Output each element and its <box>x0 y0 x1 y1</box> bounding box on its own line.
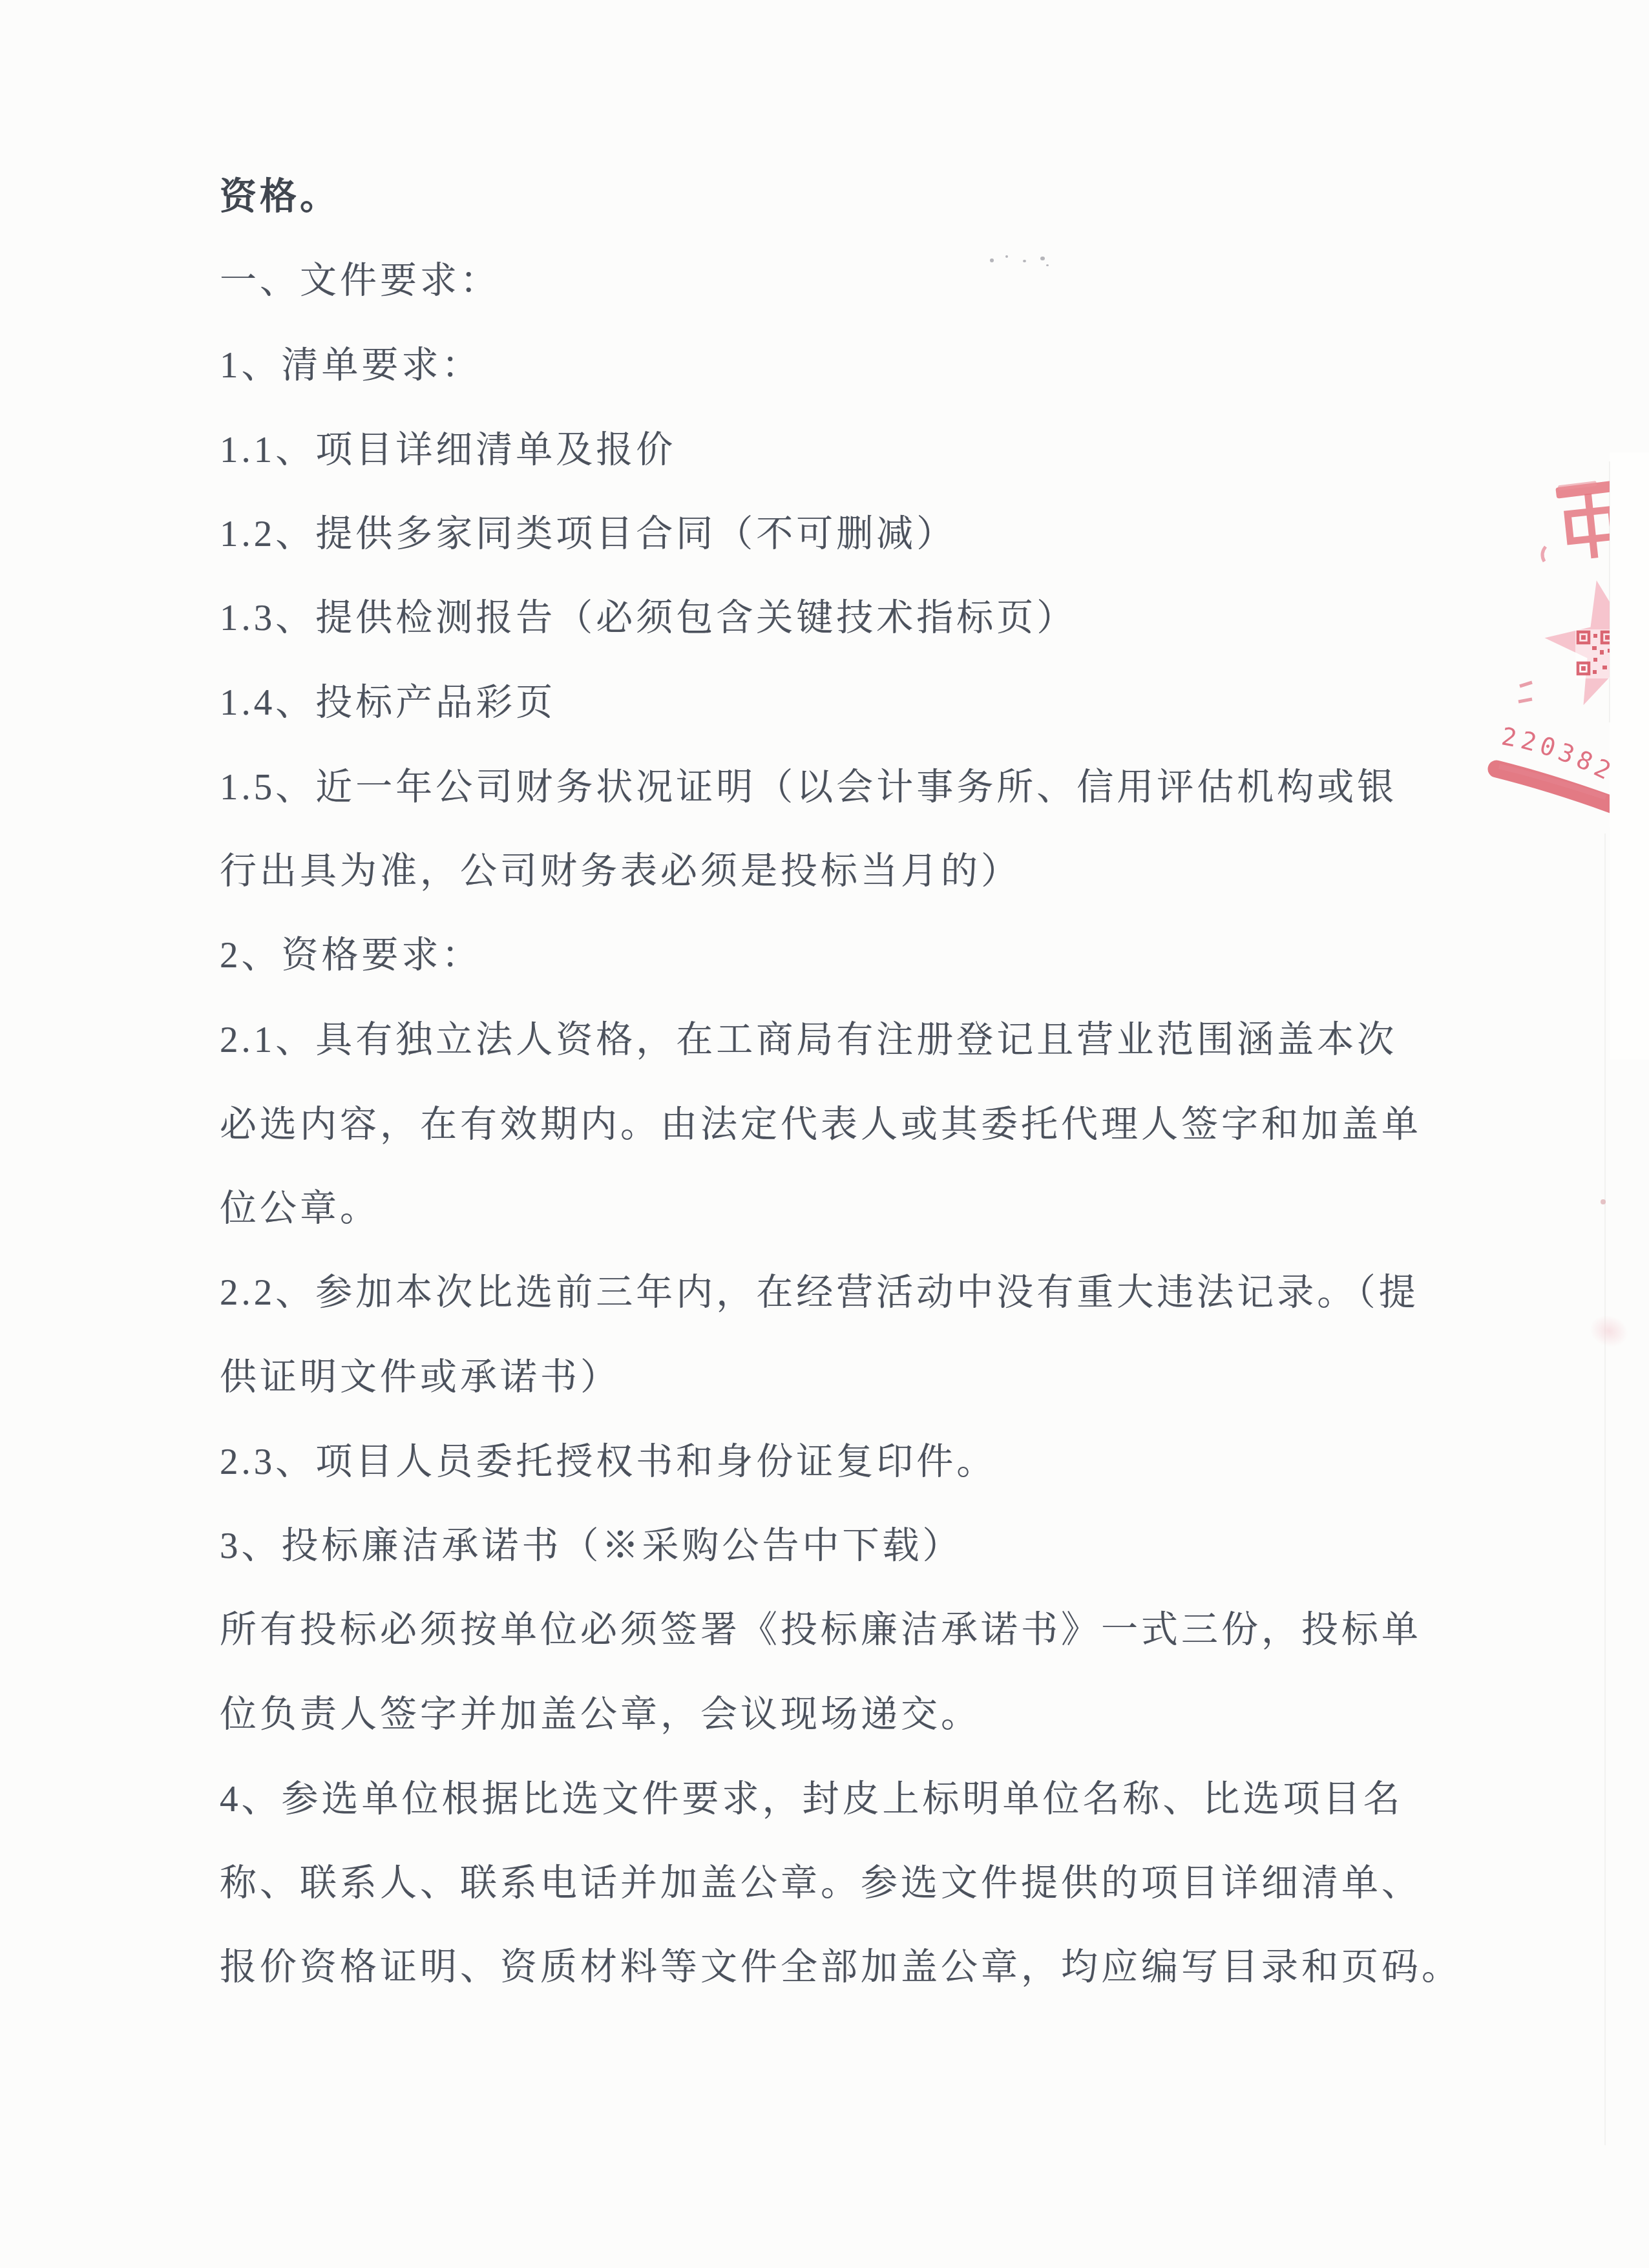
scan-speck <box>1046 264 1049 266</box>
text-line: 资格。 <box>220 176 340 218</box>
scan-speck <box>1040 257 1045 260</box>
text-line: 1.1、项目详细清单及报价 <box>220 429 676 472</box>
scan-speck <box>1601 1199 1606 1204</box>
text-line: 行出具为准，公司财务表必须是投标当月的） <box>220 850 1021 893</box>
scan-speck <box>1005 255 1008 258</box>
text-line: 3、投标廉洁承诺书（※采购公告中下载） <box>220 1525 963 1568</box>
text-line: 1.2、提供多家同类项目合同（不可删减） <box>220 513 956 556</box>
document-body: 资格。 一、文件要求： 1、清单要求： 1.1、项目详细清单及报价 1.2、提供… <box>0 0 1649 2268</box>
text-line: 2.2、参加本次比选前三年内，在经营活动中没有重大违法记录。（提 <box>220 1272 1419 1314</box>
text-line: 称、联系人、联系电话并加盖公章。参选文件提供的项目详细清单、 <box>220 1862 1422 1905</box>
text-line: 1.3、提供检测报告（必须包含关键技术指标页） <box>220 597 1077 640</box>
document-page: 资格。 一、文件要求： 1、清单要求： 1.1、项目详细清单及报价 1.2、提供… <box>0 0 1649 2268</box>
text-line: 位负责人签字并加盖公章，会议现场递交。 <box>220 1694 981 1736</box>
text-line: 1.4、投标产品彩页 <box>220 682 556 724</box>
text-line: 供证明文件或承诺书） <box>220 1356 620 1399</box>
text-line: 报价资格证明、资质材料等文件全部加盖公章，均应编写目录和页码。 <box>220 1946 1462 1989</box>
text-line: 2.3、项目人员委托授权书和身份证复印件。 <box>220 1441 996 1484</box>
text-line: 1.5、近一年公司财务状况证明（以会计事务所、信用评估机构或银 <box>220 766 1397 809</box>
seal-stroke-fragment <box>1518 682 1532 702</box>
text-line: 2、资格要求： <box>220 934 482 977</box>
text-line: 1、清单要求： <box>220 344 482 387</box>
scan-edge-paper <box>1610 452 1649 1060</box>
seal-qr-code <box>1575 629 1615 678</box>
scan-speck <box>990 258 994 262</box>
text-line: 位公章。 <box>220 1188 380 1230</box>
text-line: 必选内容，在有效期内。由法定代表人或其委托代理人签字和加盖单 <box>220 1104 1422 1146</box>
text-line: 所有投标必须按单位必须签署《投标廉洁承诺书》一式三份，投标单 <box>220 1609 1422 1652</box>
text-line: 2.1、具有独立法人资格，在工商局有注册登记且营业范围涵盖本次 <box>220 1019 1397 1062</box>
seal-char-zhong <box>1566 492 1616 561</box>
scan-edge-line <box>1604 834 1606 2145</box>
text-line: 4、参选单位根据比选文件要求，封皮上标明单位名称、比选项目名 <box>220 1778 1403 1821</box>
scan-speck <box>1023 260 1026 262</box>
text-line: 一、文件要求： <box>220 260 500 302</box>
seal-stroke-fragment <box>1542 547 1546 562</box>
